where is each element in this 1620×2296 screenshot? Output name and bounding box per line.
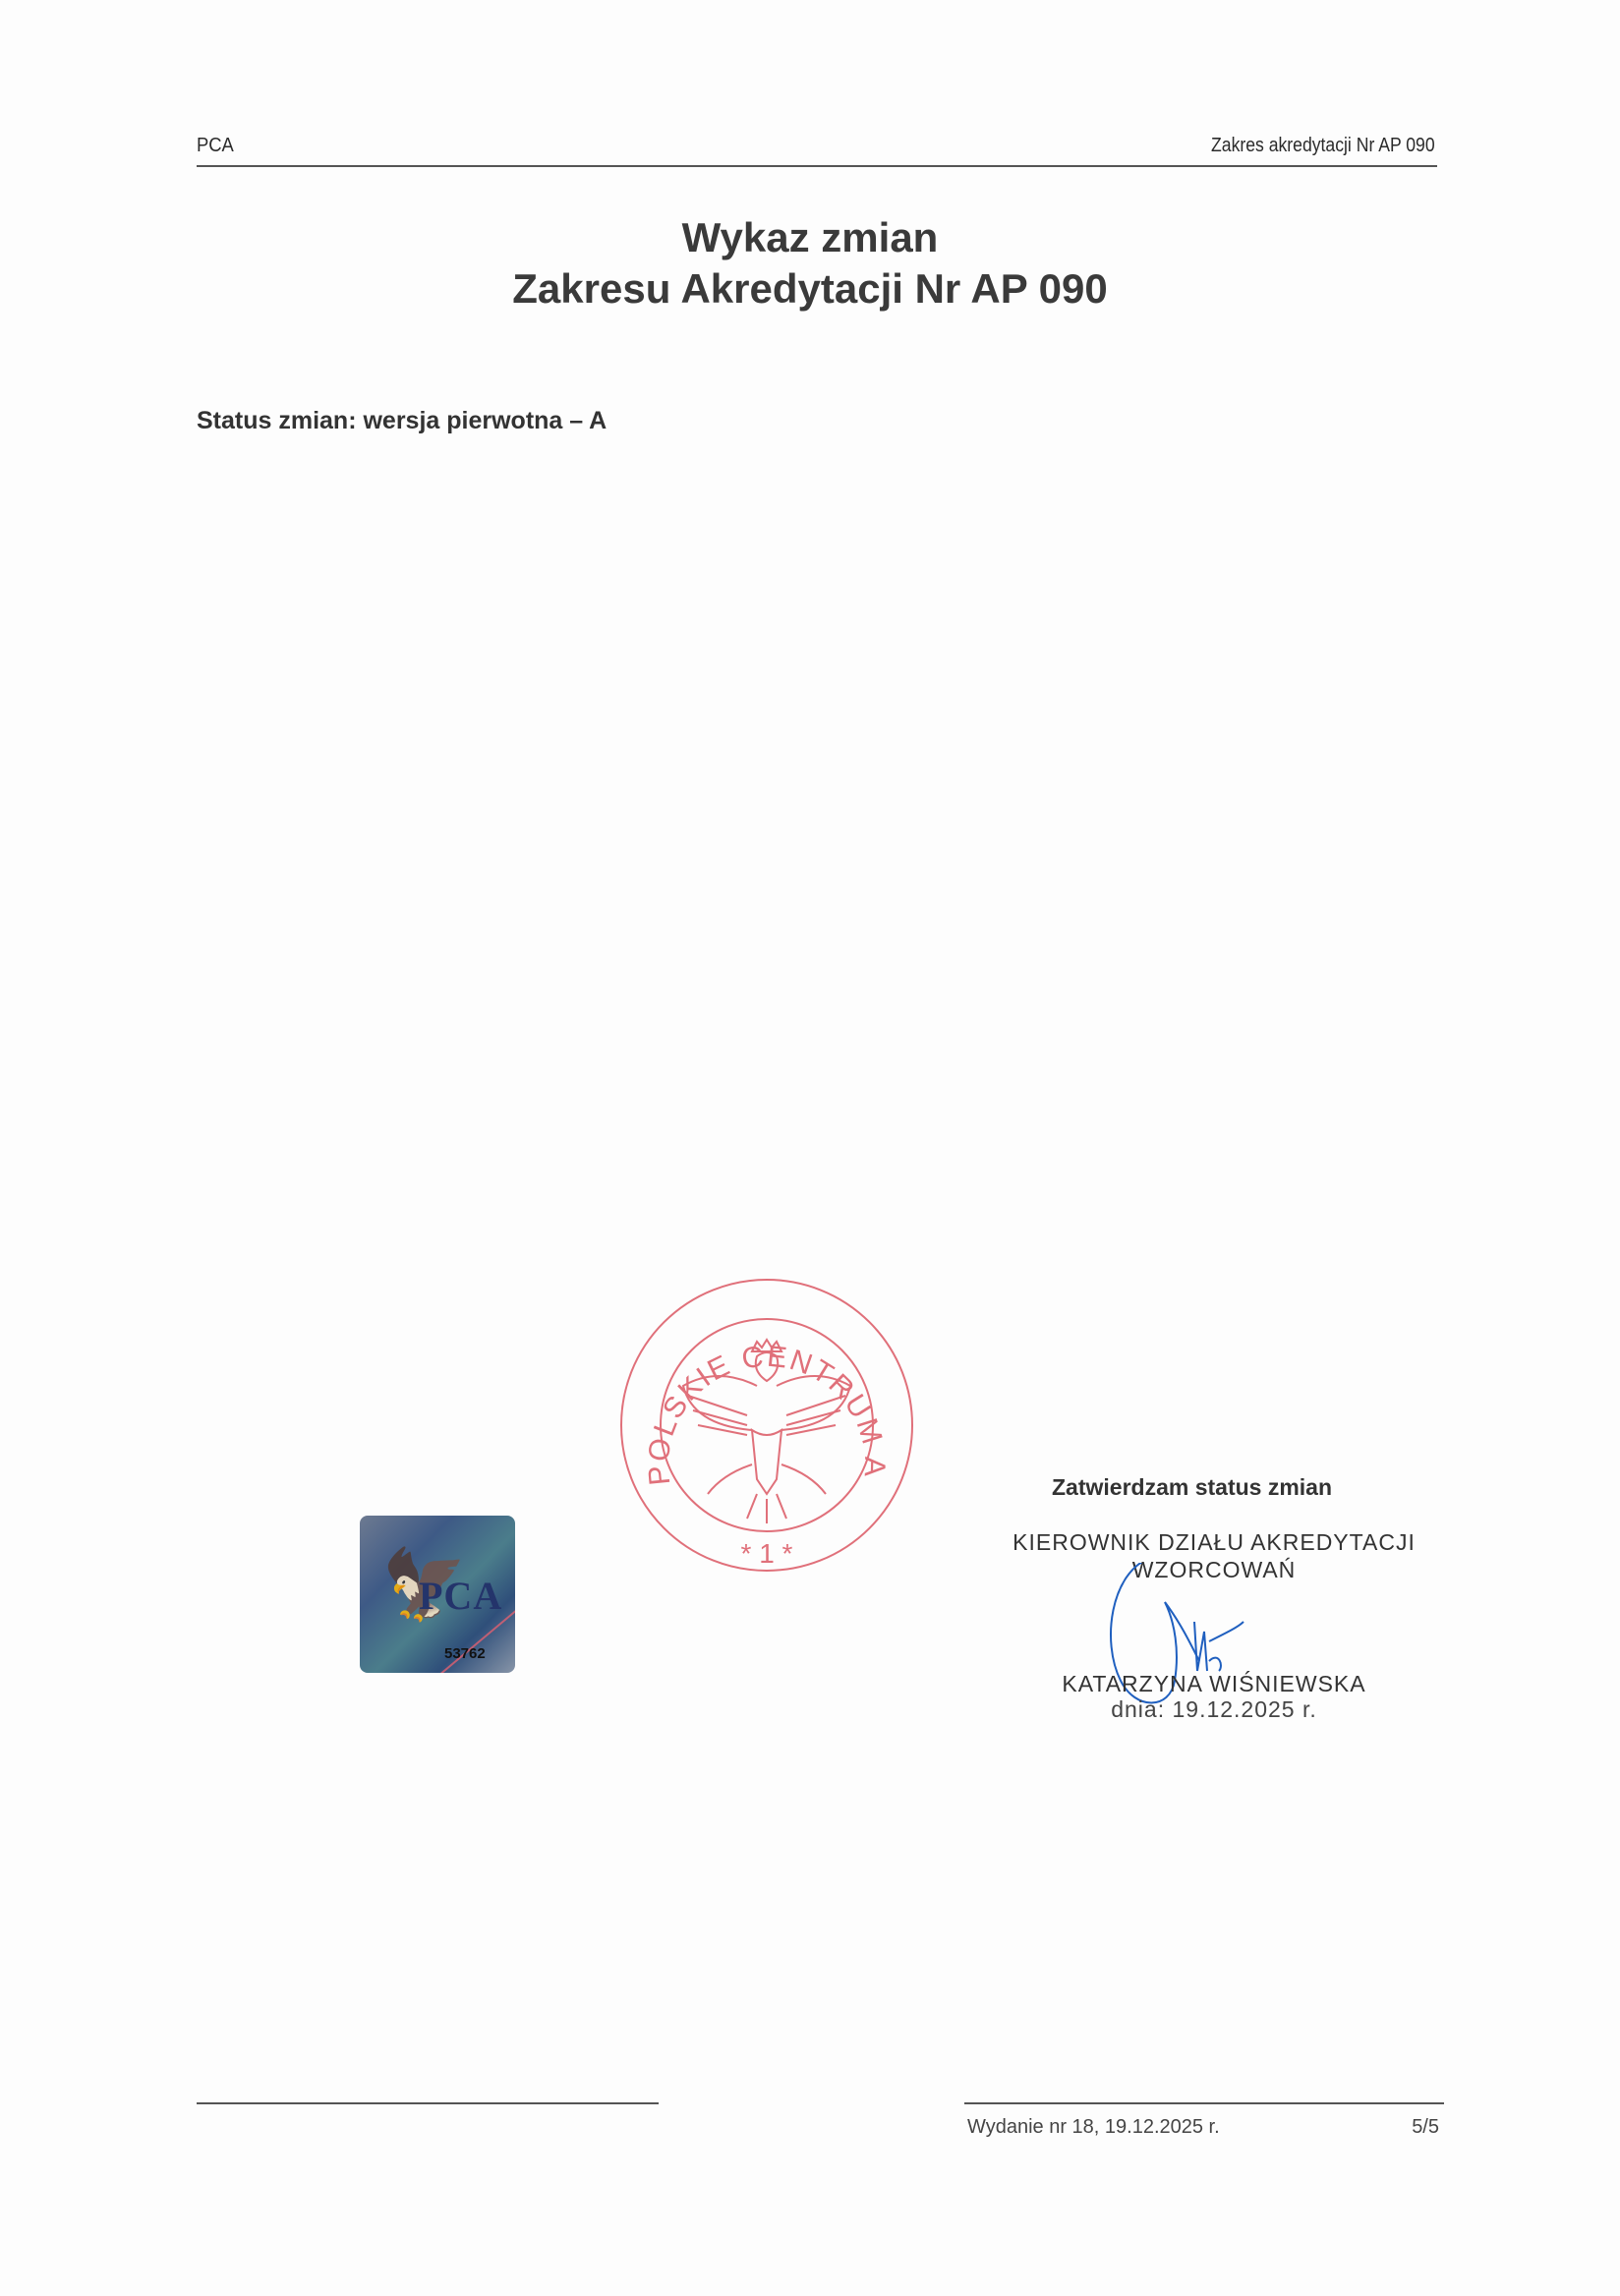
svg-text:* 1 *: * 1 * (741, 1538, 793, 1569)
approval-heading: Zatwierdzam status zmian (1052, 1474, 1332, 1501)
stamp-text: POLSKIE CENTRUM AKREDYTACJI (609, 1268, 891, 1487)
header-document-ref: Zakres akredytacji Nr AP 090 (1211, 135, 1435, 157)
page-title-line2: Zakresu Akredytacji Nr AP 090 (0, 265, 1620, 313)
approver-role-line1: KIEROWNIK DZIAŁU AKREDYTACJI (983, 1529, 1445, 1556)
page-title-line1: Wykaz zmian (0, 214, 1620, 261)
hologram-sticker: 🦅 PCA 53762 (360, 1516, 515, 1673)
approver-name: KATARZYNA WIŚNIEWSKA (983, 1671, 1445, 1697)
official-stamp: POLSKIE CENTRUM AKREDYTACJI * 1 * (609, 1268, 924, 1582)
approval-date: dnia: 19.12.2025 r. (983, 1696, 1445, 1723)
footer-divider-left (197, 2102, 659, 2104)
header-divider (197, 165, 1437, 167)
change-status: Status zmian: wersja pierwotna – A (197, 407, 607, 435)
footer-divider-right (964, 2102, 1444, 2104)
header-organization: PCA (197, 135, 234, 157)
footer-edition: Wydanie nr 18, 19.12.2025 r. (967, 2116, 1220, 2139)
hologram-label: PCA (419, 1573, 502, 1619)
hologram-number: 53762 (444, 1645, 486, 1662)
page-number: 5/5 (1412, 2116, 1439, 2139)
